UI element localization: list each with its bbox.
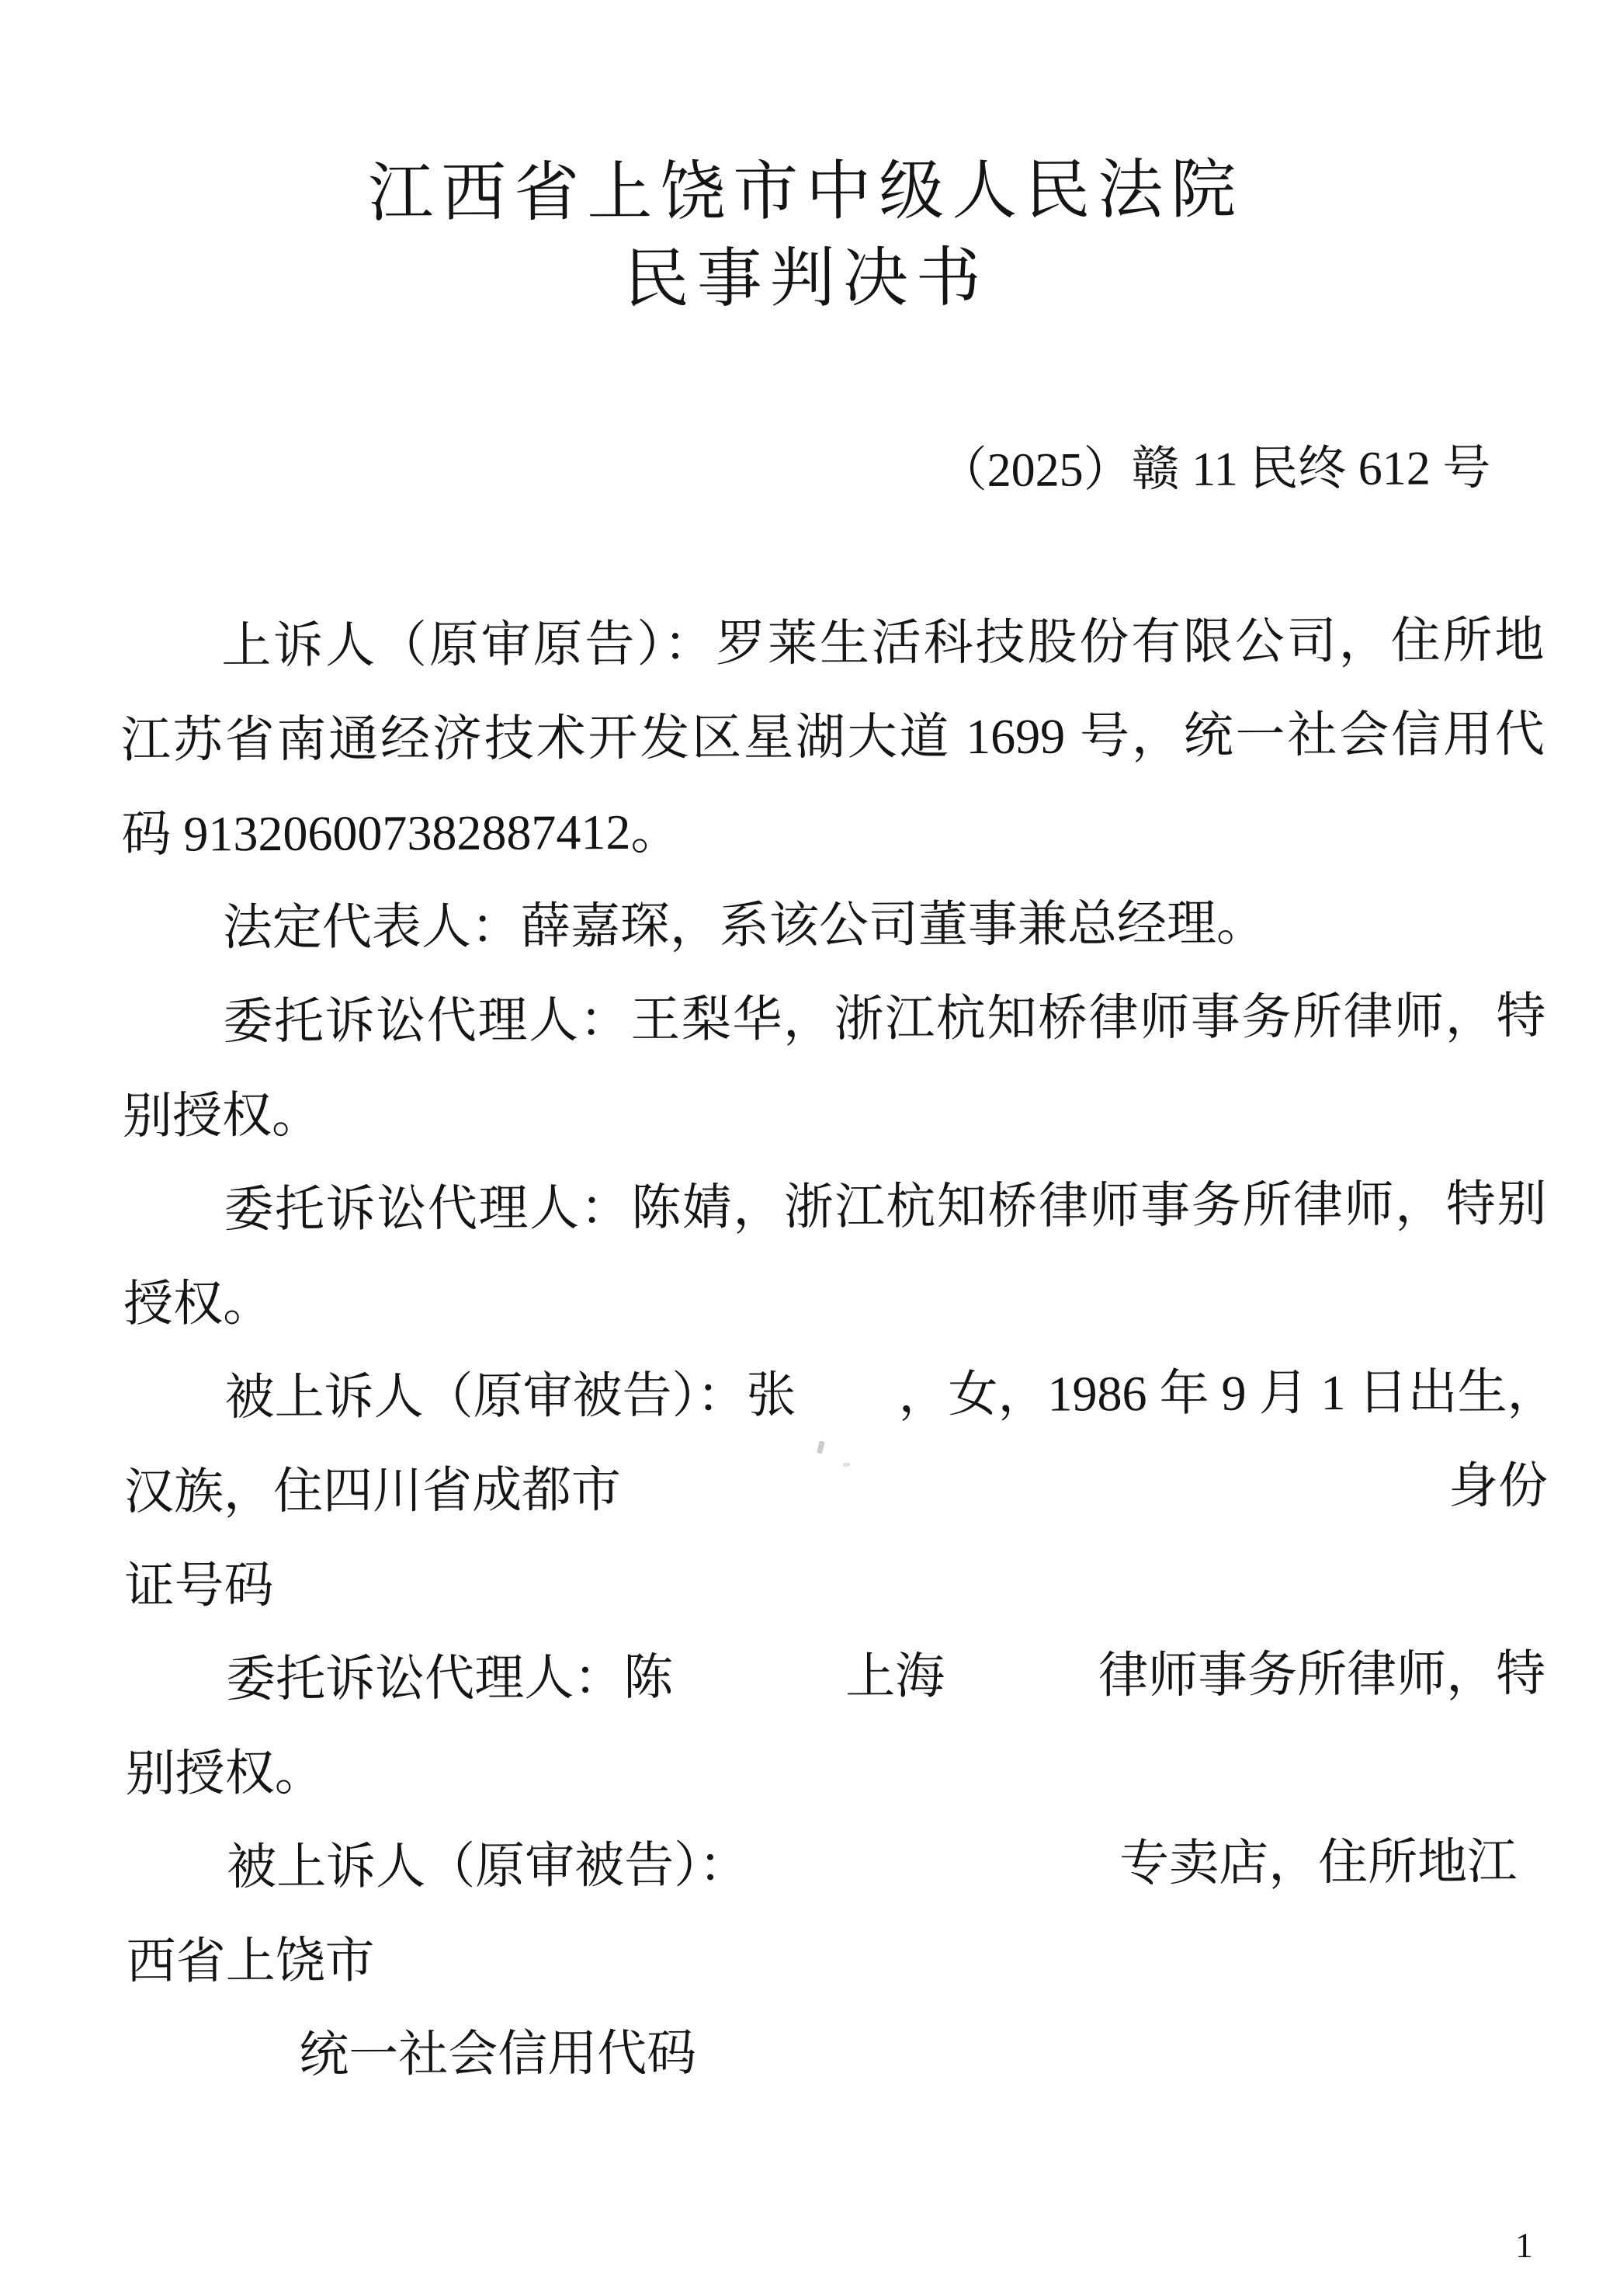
appellee1-id-label-part: 身份 [1448, 1439, 1549, 1534]
agent2-line-1: 委托诉讼代理人：陈婧，浙江杭知桥律师事务所律师，特别 [123, 1157, 1547, 1257]
appellee1-line-3: 证号码 [124, 1533, 1549, 1633]
appellant-line-1: 上诉人（原审原告）：罗莱生活科技股份有限公司，住所地 [120, 593, 1545, 693]
appellee2-line-2: 西省上饶市 [126, 1909, 1550, 2009]
agent3-name-part: 委托诉讼代理人：陈 [226, 1650, 673, 1707]
document-type-title: 民事判决书 [0, 232, 1616, 326]
appellee2-line-3: 统一社会信用代码 [127, 2002, 1551, 2103]
redaction-gap [748, 1880, 1119, 1881]
appellee2-store-part: 专卖店，住所地江 [1119, 1834, 1517, 1891]
court-name: 江西省上饶市中级人民法院 [0, 145, 1616, 239]
appellant-line-2: 江苏省南通经济技术开发区星湖大道 1699 号，统一社会信用代 [121, 687, 1545, 787]
redaction-gap [945, 1692, 1098, 1693]
redaction-gap [673, 1693, 845, 1694]
appellee1-address-part: 汉族，住四川省成都市 [124, 1443, 622, 1539]
agent1-line-2: 别授权。 [123, 1063, 1547, 1163]
scanned-content: 江西省上饶市中级人民法院 民事判决书 （2025）赣 11 民终 612 号 上… [0, 145, 1620, 2103]
appellee1-name-part: 被上诉人（原审被告）：张 [224, 1367, 796, 1425]
appellee1-line-1: 被上诉人（原审被告）：张，女，1986 年 9 月 1 日出生， [123, 1345, 1548, 1445]
case-number: （2025）赣 11 民终 612 号 [0, 432, 1618, 509]
legal-representative-line: 法定代表人：薛嘉琛，系该公司董事兼总经理。 [122, 875, 1546, 975]
appellee1-line-2: 汉族，住四川省成都市身份 [124, 1439, 1549, 1539]
agent2-line-2: 授权。 [123, 1251, 1548, 1351]
agent3-firm-part: 律师事务所律师，特 [1098, 1646, 1545, 1704]
appellee1-birth-part: ，女，1986 年 9 月 1 日出生， [898, 1364, 1556, 1422]
appellee2-label-part: 被上诉人（原审被告）： [227, 1837, 748, 1895]
appellant-line-3: 码 913206007382887412。 [121, 781, 1545, 881]
judgment-page: 江西省上饶市中级人民法院 民事判决书 （2025）赣 11 民终 612 号 上… [0, 0, 1620, 2296]
document-body: 上诉人（原审原告）：罗莱生活科技股份有限公司，住所地 江苏省南通经济技术开发区星… [120, 593, 1550, 2103]
agent3-line-1: 委托诉讼代理人：陈上海律师事务所律师，特 [125, 1627, 1549, 1727]
agent3-firm-city-part: 上海 [845, 1648, 945, 1704]
agent3-line-2: 别授权。 [125, 1721, 1549, 1821]
page-number: 1 [1515, 2228, 1533, 2263]
redaction-gap [796, 1412, 899, 1412]
scan-noise-speck [843, 1463, 850, 1467]
agent1-line-1: 委托诉讼代理人：王梨华，浙江杭知桥律师事务所律师，特 [122, 969, 1546, 1069]
appellee2-line-1: 被上诉人（原审被告）：专卖店，住所地江 [126, 1815, 1550, 1915]
document-header: 江西省上饶市中级人民法院 民事判决书 [0, 145, 1616, 326]
